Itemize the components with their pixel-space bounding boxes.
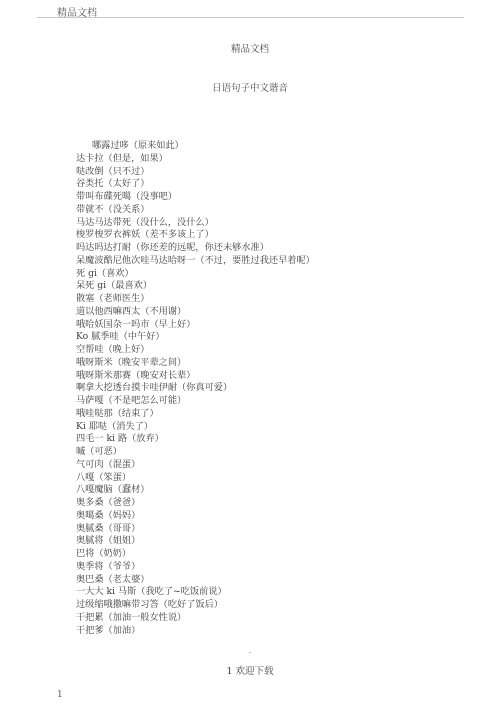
text-line: 奥噶桑（妈妈） [76,510,466,523]
document-title: 精品文档 [0,41,500,55]
text-line: 带叫布碟死噶（没事吧） [76,191,466,204]
text-line: 哒改倒（只不过） [76,166,466,179]
document-body: 哪露过哆（原来如此） 达卡拉（但是，如果） 哒改倒（只不过） 谷类托（太好了） … [76,140,466,637]
text-line: 吗达吗达打耐（你还差的远呢，你还未够水准） [76,242,466,255]
text-line: 呆魔波酷尼他次哇马达哈呀一（不过，要胜过我还早着呢） [76,255,466,268]
text-line: 八嘎（笨蛋） [76,472,466,485]
text-line: 梭罗梭罗衣裤妖（差不多该上了） [76,229,466,242]
text-line: 奥多桑（爸爸） [76,497,466,510]
text-line: 气可肉（混蛋） [76,459,466,472]
text-line: 哦呀斯米（晚安平辈之间） [76,357,466,370]
text-line: 呆死 gi（最喜欢） [76,280,466,293]
text-line: 谷类托（太好了） [76,178,466,191]
header-divider [37,17,464,18]
footer-mark: - [0,649,500,657]
text-line: 干把累（加油一般女性说） [76,612,466,625]
footer-text: 1 欢迎下载 [0,663,500,677]
text-line: 巴将（奶奶） [76,548,466,561]
text-line: 哪露过哆（原来如此） [76,140,466,153]
page-number: 1 [57,690,63,700]
text-line: 干把爹（加油） [76,625,466,638]
text-line: 达卡拉（但是，如果） [76,153,466,166]
text-line: 啊拿大挖透台摸卡哇伊耐（你真可爱） [76,382,466,395]
text-line: 嘁（可恶） [76,446,466,459]
text-line: 马达马达带死（没什么，没什么） [76,217,466,230]
text-line: 空帮哇（晚上好） [76,344,466,357]
text-line: 过级缩哦撒嘛带习答（吃好了饭后） [76,599,466,612]
text-line: 哦哈妖国杂一吗市（早上好） [76,319,466,332]
text-line: 死 gi（喜欢） [76,268,466,281]
text-line: 一大大 ki 马斯（我吃了~吃饭前说） [76,586,466,599]
text-line: 奥巴桑（老太婆） [76,574,466,587]
text-line: 奥腻桑（哥哥） [76,523,466,536]
text-line: 道以他西嘛西太（不用谢） [76,306,466,319]
text-line: 四毛一 ki 路（放弃） [76,433,466,446]
text-line: Ki 耶哒（消失了） [76,421,466,434]
text-line: 散塞（老师医生） [76,293,466,306]
text-line: 八嘎魔脑（蠢材） [76,484,466,497]
text-line: 哦哇哒那（结束了） [76,408,466,421]
text-line: Ko 腻季哇（中午好） [76,331,466,344]
text-line: 奥季将（爷爷） [76,561,466,574]
document-subtitle: 日语句子中文谐音 [0,80,500,94]
text-line: 马萨嘎（不是吧怎么可能） [76,395,466,408]
text-line: 奥腻将（姐姐） [76,535,466,548]
text-line: 哦呀斯米那赛（晚安对长辈） [76,370,466,383]
text-line: 带就不（没关系） [76,204,466,217]
